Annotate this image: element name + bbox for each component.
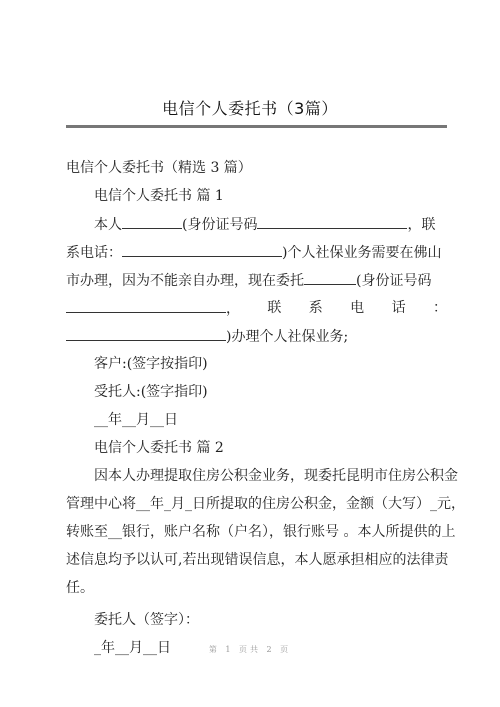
section1-paragraph-line4: ， 联 系 电 话 ： xyxy=(66,298,447,319)
section2-line: 述信息均予以认可,若出现错误信息，本人愿承担相应的法律责 xyxy=(66,550,448,570)
section1-heading: 电信个人委托书 篇 1 xyxy=(94,186,224,206)
section2-line: 任。 xyxy=(66,578,94,598)
page-footer: 第 1 页共 2 页 xyxy=(0,644,500,655)
phone-blank xyxy=(122,242,282,257)
text: (身份证号码 xyxy=(182,217,257,233)
section1-paragraph-line3: 市办理，因为不能亲自办理，现在委托(身份证号码 xyxy=(66,270,431,291)
text: (身份证号码 xyxy=(356,273,431,289)
text: 电 xyxy=(350,298,364,319)
text: ，联 xyxy=(407,217,435,233)
section1-date: __年__月__日 xyxy=(94,410,178,430)
agent-id-blank xyxy=(66,298,226,313)
document-subtitle: 电信个人委托书（精选 3 篇） xyxy=(66,158,252,178)
section2-signer: 委托人（签字）： xyxy=(94,610,199,630)
agent-phone-blank xyxy=(66,326,226,341)
text: 市办理，因为不能亲自办理，现在委托 xyxy=(66,273,304,289)
name-blank xyxy=(122,214,182,229)
text: 话 xyxy=(392,298,406,319)
agent-name-blank xyxy=(304,270,356,285)
section1-paragraph-line2: 系电话：)个人社保业务需要在佛山 xyxy=(66,242,441,263)
text: ： xyxy=(433,298,447,319)
title-divider xyxy=(66,125,447,128)
section2-heading: 电信个人委托书 篇 2 xyxy=(94,438,224,458)
text: 系 xyxy=(309,298,323,319)
section2-line: 转账至__银行，账户名称（户名），银行账号 。本人所提供的上 xyxy=(66,522,455,542)
text: 系电话： xyxy=(66,245,122,261)
agent-signature-line: 受托人:(签字指印) xyxy=(94,382,208,402)
section1-paragraph-line5: )办理个人社保业务; xyxy=(66,326,348,347)
text: 本人 xyxy=(94,217,122,233)
client-signature-line: 客户:(签字按指印) xyxy=(94,354,208,374)
document-title: 电信个人委托书（3篇） xyxy=(0,96,500,119)
text: )办理个人社保业务; xyxy=(226,329,348,345)
text: )个人社保业务需要在佛山 xyxy=(282,245,441,261)
text: ， xyxy=(226,301,240,317)
section2-line: 因本人办理提取住房公积金业务，现委托昆明市住房公积金 xyxy=(94,466,458,486)
text: 联 xyxy=(267,298,281,319)
section1-paragraph-line1: 本人(身份证号码，联 xyxy=(94,214,435,235)
section2-line: 管理中心将__年_月_日所提取的住房公积金，金额（大写）_元， xyxy=(66,494,465,514)
id-number-blank xyxy=(257,214,407,229)
